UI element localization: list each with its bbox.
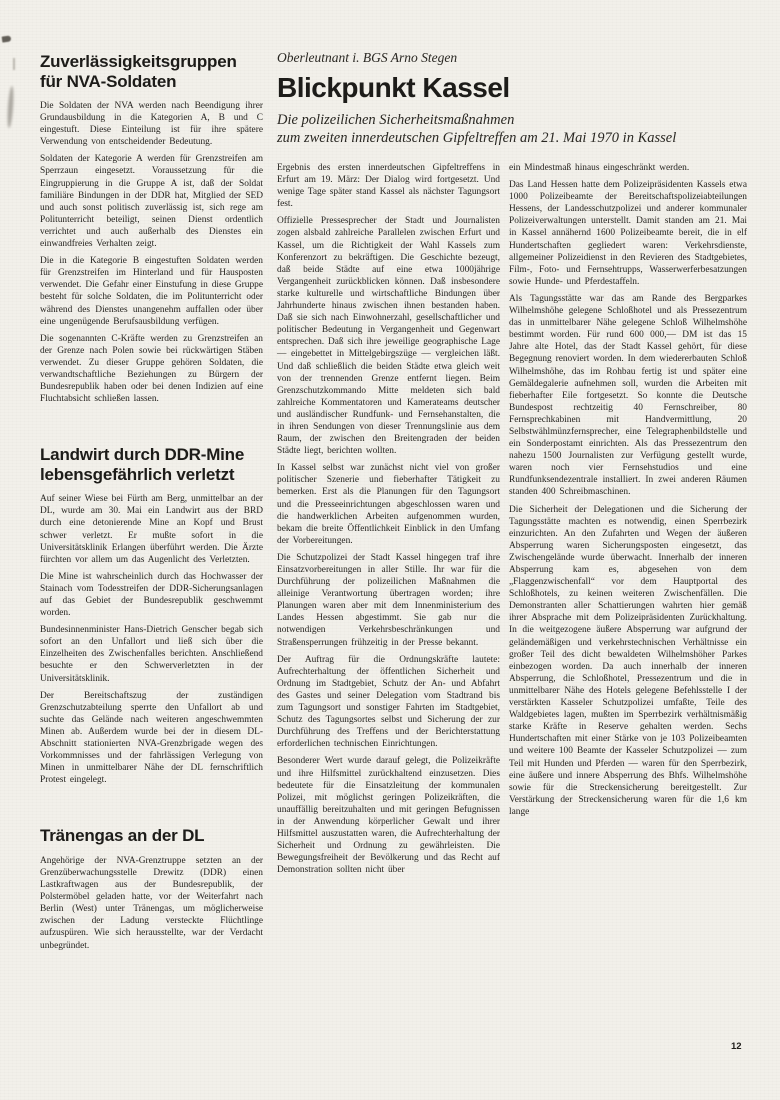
section-traenengas: Tränengas an der DL Angehörige der NVA-G… (40, 826, 263, 951)
body-paragraph: Der Bereitschaftszug der zuständigen Gre… (40, 690, 263, 787)
body-paragraph: Die Sicherheit der Delegationen und die … (509, 504, 747, 818)
section-body: Angehörige der NVA-Grenztruppe setzten a… (40, 855, 263, 952)
body-paragraph: Das Land Hessen hatte dem Polizeipräside… (509, 179, 747, 288)
body-paragraph: Angehörige der NVA-Grenztruppe setzten a… (40, 855, 263, 952)
article-title: Blickpunkt Kassel (277, 73, 747, 103)
section-heading: Tränengas an der DL (40, 826, 263, 846)
article-subtitle-line-1: Die polizeilichen Sicherheitsmaßnahmen (277, 112, 747, 130)
section-body: Auf seiner Wiese bei Fürth am Berg, unmi… (40, 493, 263, 786)
article-subtitle: Die polizeilichen Sicherheitsmaßnahmen z… (277, 112, 747, 147)
section-landwirt-mine: Landwirt durch DDR-Mine lebensgefährlich… (40, 445, 263, 786)
body-paragraph: Offizielle Pressesprecher der Stadt und … (277, 215, 500, 457)
body-paragraph: In Kassel selbst war zunächst nicht viel… (277, 462, 500, 547)
body-paragraph: Die Soldaten der NVA werden nach Beendig… (40, 100, 263, 148)
scan-artifact-smudge-small (13, 58, 15, 70)
article-column-2: ein Mindestmaß hinaus eingeschränkt werd… (509, 162, 747, 818)
section-nva-soldaten: Zuverlässigkeitsgruppen für NVA-Soldaten… (40, 52, 263, 405)
body-paragraph: ein Mindestmaß hinaus eingeschränkt werd… (509, 162, 747, 174)
body-paragraph: Auf seiner Wiese bei Fürth am Berg, unmi… (40, 493, 263, 566)
body-paragraph: Die Mine ist wahrscheinlich durch das Ho… (40, 571, 263, 619)
body-paragraph: Bundesinnenminister Hans-Dietrich Gensch… (40, 624, 263, 684)
body-paragraph: Die sogenannten C-Kräfte werden zu Grenz… (40, 333, 263, 406)
body-paragraph: Der Auftrag für die Ordnungskräfte laute… (277, 654, 500, 751)
article-byline: Oberleutnant i. BGS Arno Stegen (277, 50, 747, 66)
body-paragraph: Die Schutzpolizei der Stadt Kassel hinge… (277, 552, 500, 649)
body-paragraph: Soldaten der Kategorie A werden für Gren… (40, 153, 263, 250)
scan-artifact-smudge (7, 86, 15, 128)
section-heading: Zuverlässigkeitsgruppen für NVA-Soldaten (40, 52, 263, 91)
article-subtitle-line-2: zum zweiten innerdeutschen Gipfeltreffen… (277, 130, 747, 148)
scan-artifact-tick (2, 35, 12, 42)
body-paragraph: Ergebnis des ersten innerdeutschen Gipfe… (277, 162, 500, 210)
article-body: Ergebnis des ersten innerdeutschen Gipfe… (277, 162, 747, 876)
section-heading: Landwirt durch DDR-Mine lebensgefährlich… (40, 445, 263, 484)
sidebar-news-column: Zuverlässigkeitsgruppen für NVA-Soldaten… (40, 52, 263, 952)
body-paragraph: Als Tagungsstätte war das am Rande des B… (509, 293, 747, 499)
magazine-page: Zuverlässigkeitsgruppen für NVA-Soldaten… (0, 0, 780, 1100)
body-paragraph: Die in die Kategorie B eingestuften Sold… (40, 255, 263, 328)
page-number: 12 (731, 1041, 742, 1052)
article-column-1: Ergebnis des ersten innerdeutschen Gipfe… (277, 162, 500, 876)
body-paragraph: Besonderer Wert wurde darauf gelegt, die… (277, 755, 500, 876)
section-body: Die Soldaten der NVA werden nach Beendig… (40, 100, 263, 405)
article-blickpunkt-kassel: Oberleutnant i. BGS Arno Stegen Blickpun… (277, 50, 747, 876)
